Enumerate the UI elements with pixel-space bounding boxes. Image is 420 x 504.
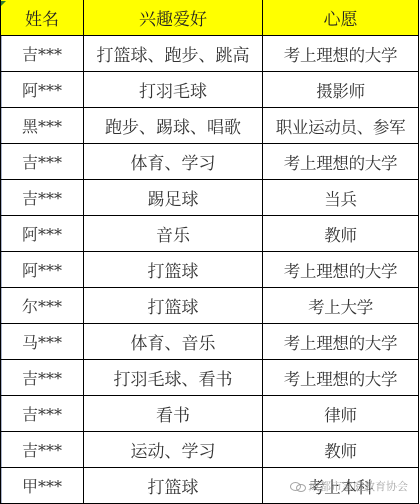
name-cell: 甲*** — [1, 468, 84, 504]
table-row: 吉*** 踢足球 当兵 — [1, 180, 419, 216]
table-row: 阿*** 打篮球 考上理想的大学 — [1, 252, 419, 288]
table-row: 尔*** 打篮球 考上大学 — [1, 288, 419, 324]
name-cell: 黑*** — [1, 108, 84, 144]
wish-cell: 考上理想的大学 — [263, 144, 419, 180]
table-row: 吉*** 看书 律师 — [1, 396, 419, 432]
table-row: 吉*** 运动、学习 教师 — [1, 432, 419, 468]
table-row: 吉*** 打篮球、跑步、跳高 考上理想的大学 — [1, 36, 419, 72]
name-cell: 马*** — [1, 324, 84, 360]
hobby-cell: 体育、音乐 — [84, 324, 263, 360]
table-row: 吉*** 体育、学习 考上理想的大学 — [1, 144, 419, 180]
name-cell: 阿*** — [1, 72, 84, 108]
table-header-row: 姓名 兴趣爱好 心愿 — [1, 0, 419, 36]
name-cell: 阿*** — [1, 252, 84, 288]
wish-cell: 考上理想的大学 — [263, 360, 419, 396]
hobby-cell: 打篮球 — [84, 468, 263, 504]
header-name: 姓名 — [1, 0, 84, 36]
wish-cell: 教师 — [263, 216, 419, 252]
wish-cell: 考上本科 — [263, 468, 419, 504]
hobby-cell: 体育、学习 — [84, 144, 263, 180]
wish-cell: 律师 — [263, 396, 419, 432]
hobby-cell: 打羽毛球、看书 — [84, 360, 263, 396]
name-cell: 吉*** — [1, 36, 84, 72]
header-wish: 心愿 — [263, 0, 419, 36]
hobby-cell: 音乐 — [84, 216, 263, 252]
hobby-cell: 打羽毛球 — [84, 72, 263, 108]
hobby-cell: 运动、学习 — [84, 432, 263, 468]
name-cell: 吉*** — [1, 180, 84, 216]
hobby-cell: 打篮球、跑步、跳高 — [84, 36, 263, 72]
wish-cell: 考上理想的大学 — [263, 36, 419, 72]
hobby-cell: 跑步、踢球、唱歌 — [84, 108, 263, 144]
wish-cell: 考上理想的大学 — [263, 252, 419, 288]
wish-cell: 考上理想的大学 — [263, 324, 419, 360]
table-row: 黑*** 跑步、踢球、唱歌 职业运动员、参军 — [1, 108, 419, 144]
hobby-cell: 打篮球 — [84, 288, 263, 324]
table-row: 马*** 体育、音乐 考上理想的大学 — [1, 324, 419, 360]
wish-cell: 职业运动员、参军 — [263, 108, 419, 144]
name-cell: 吉*** — [1, 360, 84, 396]
table-row: 吉*** 打羽毛球、看书 考上理想的大学 — [1, 360, 419, 396]
cell-corner-marker — [1, 1, 6, 6]
student-wish-table: 姓名 兴趣爱好 心愿 吉*** 打篮球、跑步、跳高 考上理想的大学 阿*** 打… — [0, 0, 419, 504]
header-hobby: 兴趣爱好 — [84, 0, 263, 36]
name-cell: 阿*** — [1, 216, 84, 252]
hobby-cell: 踢足球 — [84, 180, 263, 216]
wish-cell: 教师 — [263, 432, 419, 468]
wish-cell: 当兵 — [263, 180, 419, 216]
wish-cell: 考上大学 — [263, 288, 419, 324]
name-cell: 吉*** — [1, 432, 84, 468]
name-cell: 吉*** — [1, 396, 84, 432]
name-cell: 吉*** — [1, 144, 84, 180]
wish-cell: 摄影师 — [263, 72, 419, 108]
hobby-cell: 打篮球 — [84, 252, 263, 288]
table-row: 阿*** 打羽毛球 摄影师 — [1, 72, 419, 108]
hobby-cell: 看书 — [84, 396, 263, 432]
table-row: 阿*** 音乐 教师 — [1, 216, 419, 252]
table-row: 甲*** 打篮球 考上本科 — [1, 468, 419, 504]
name-cell: 尔*** — [1, 288, 84, 324]
